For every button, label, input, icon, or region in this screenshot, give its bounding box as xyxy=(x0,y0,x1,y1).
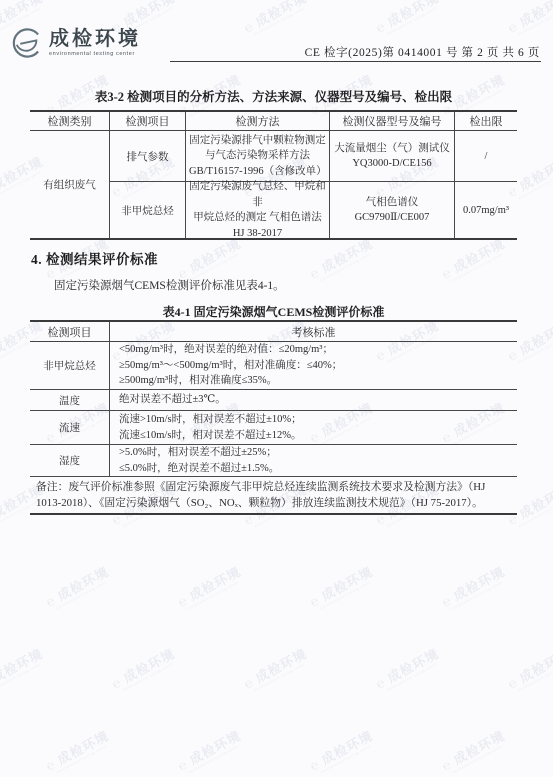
detection-limit-cell: 0.07mg/m³ xyxy=(455,182,517,238)
criteria-cell: 绝对误差不超过±3℃。 xyxy=(110,390,517,411)
instrument-cell: 气相色谱仪 GC9790Ⅱ/CE007 xyxy=(330,182,455,238)
table-note: 备注：废气评价标准参照《固定污染源废气非甲烷总烃连续监测系统技术要求及检测方法》… xyxy=(30,477,517,513)
company-logo: 成检环境 environmental testing center xyxy=(10,26,141,60)
criteria-cell: >5.0%时，相对误差不超过±25%； ≤5.0%时，绝对误差不超过±1.5%。 xyxy=(110,445,517,477)
column-header: 检测方法 xyxy=(186,112,330,131)
method-cell: 固定污染源废气总烃、甲烷和非 甲烷总烃的测定 气相色谱法 HJ 38-2017 xyxy=(186,182,330,238)
item-cell: 排气参数 xyxy=(110,131,186,182)
logo-text: 成检环境 environmental testing center xyxy=(49,29,141,57)
item-cell: 湿度 xyxy=(30,445,110,477)
item-cell: 流速 xyxy=(30,411,110,445)
section-4-heading: 4. 检测结果评价标准 xyxy=(31,248,158,268)
header-rule xyxy=(170,61,541,62)
item-cell: 非甲烷总烃 xyxy=(30,342,110,390)
doc-number-page-info: CE 检字(2025)第 0414001 号 第 2 页 共 6 页 xyxy=(305,44,540,60)
table-4-1: 检测项目 考核标准 非甲烷总烃 <50mg/m³时，绝对误差的绝对值：≤20mg… xyxy=(30,320,517,515)
table-3-2: 检测类别 检测项目 检测方法 检测仪器型号及编号 检出限 有组织废气 排气参数 … xyxy=(30,110,517,240)
category-cell: 有组织废气 xyxy=(30,131,110,238)
column-header: 考核标准 xyxy=(110,322,517,342)
method-cell: 固定污染源排气中颗粒物测定 与气态污染物采样方法 GB/T16157-1996（… xyxy=(186,131,330,182)
logo-e-icon xyxy=(10,26,44,60)
section-4-paragraph: 固定污染源烟气CEMS检测评价标准见表4-1。 xyxy=(54,277,285,293)
brand-tagline: environmental testing center xyxy=(49,51,141,57)
item-cell: 温度 xyxy=(30,390,110,411)
brand-name: 成检环境 xyxy=(49,29,141,49)
report-page: 成检环境 environmental testing center CE 检字(… xyxy=(0,0,553,777)
column-header: 检出限 xyxy=(455,112,517,131)
detection-limit-cell: / xyxy=(455,131,517,182)
item-cell: 非甲烷总烃 xyxy=(110,182,186,238)
criteria-cell: <50mg/m³时，绝对误差的绝对值：≤20mg/m³； ≥50mg/m³～<5… xyxy=(110,342,517,390)
table-3-2-title: 表3-2 检测项目的分析方法、方法来源、仪器型号及编号、检出限 xyxy=(30,87,517,105)
column-header: 检测仪器型号及编号 xyxy=(330,112,455,131)
column-header: 检测项目 xyxy=(30,322,110,342)
column-header: 检测项目 xyxy=(110,112,186,131)
table-4-1-title: 表4-1 固定污染源烟气CEMS检测评价标准 xyxy=(30,303,517,320)
column-header: 检测类别 xyxy=(30,112,110,131)
criteria-cell: 流速>10m/s时，相对误差不超过±10%； 流速≤10m/s时，相对误差不超过… xyxy=(110,411,517,445)
instrument-cell: 大流量烟尘（气）测试仪 YQ3000-D/CE156 xyxy=(330,131,455,182)
